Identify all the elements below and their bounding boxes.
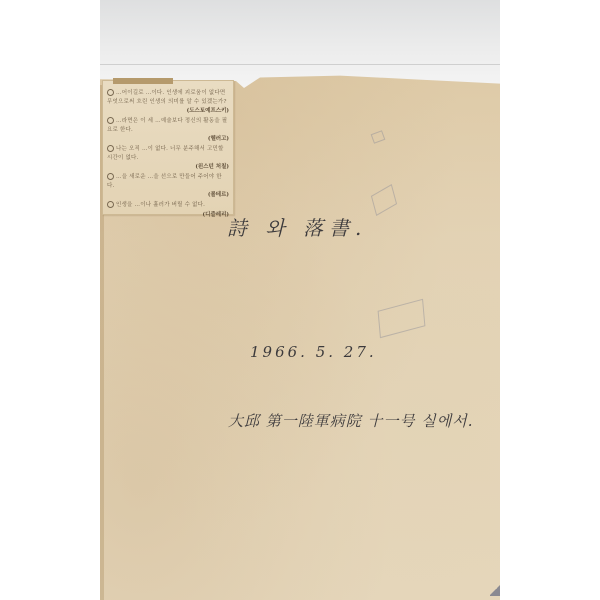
- clipping-tape: [113, 78, 173, 84]
- bullet-icon: [107, 145, 114, 152]
- quote-text: 인생을 …이나 흘러가 버릴 수 없다.: [116, 202, 205, 208]
- clipping-item-1: …어이길로 …이다. 인생에 괴로움이 없다면 무엇으로써 흐린 인생의 의미를…: [107, 89, 229, 114]
- handwritten-date: 1966. 5. 27.: [250, 343, 377, 361]
- bullet-icon: [107, 201, 114, 208]
- quote-source: (디즐레리): [107, 210, 229, 218]
- quote-text: …을 새로운 …을 선으로 만들어 주어야 한다.: [107, 174, 222, 189]
- handwritten-title: 詩 와 落書.: [227, 212, 367, 241]
- handwritten-location: 大邱 第一陸軍病院 十一号 실에서.: [228, 410, 474, 431]
- quote-text: …라면은 이 세 …예술보다 정신의 활동을 필요로 한다.: [107, 118, 227, 133]
- bullet-icon: [107, 89, 114, 96]
- quote-source: (윈스턴 처칠): [107, 162, 229, 170]
- quote-text: 나는 오직 …이 없다. 너무 분주해서 고민할 시간이 없다.: [107, 146, 224, 161]
- corner-fold: [490, 584, 500, 596]
- newspaper-clipping: …어이길로 …이다. 인생에 괴로움이 없다면 무엇으로써 흐린 인생의 의미를…: [102, 80, 234, 215]
- white-cover-flap: [100, 0, 500, 88]
- quote-source: (볼테르): [107, 190, 229, 198]
- clipping-item-2: …라면은 이 세 …예술보다 정신의 활동을 필요로 한다. (헬러고): [107, 117, 229, 142]
- manuscript-page: …어이길로 …이다. 인생에 괴로움이 없다면 무엇으로써 흐린 인생의 의미를…: [100, 0, 500, 600]
- clipping-item-4: …을 새로운 …을 선으로 만들어 주어야 한다. (볼테르): [107, 173, 229, 198]
- clipping-item-5: 인생을 …이나 흘러가 버릴 수 없다. (디즐레리): [107, 201, 229, 218]
- bullet-icon: [107, 173, 114, 180]
- quote-text: …어이길로 …이다. 인생에 괴로움이 없다면 무엇으로써 흐린 인생의 의미를…: [107, 90, 227, 105]
- quote-source: (헬러고): [107, 134, 229, 142]
- quote-source: (도스토예프스키): [107, 106, 229, 114]
- flap-fold-line: [100, 64, 500, 65]
- bullet-icon: [107, 117, 114, 124]
- clipping-item-3: 나는 오직 …이 없다. 너무 분주해서 고민할 시간이 없다. (윈스턴 처칠…: [107, 145, 229, 170]
